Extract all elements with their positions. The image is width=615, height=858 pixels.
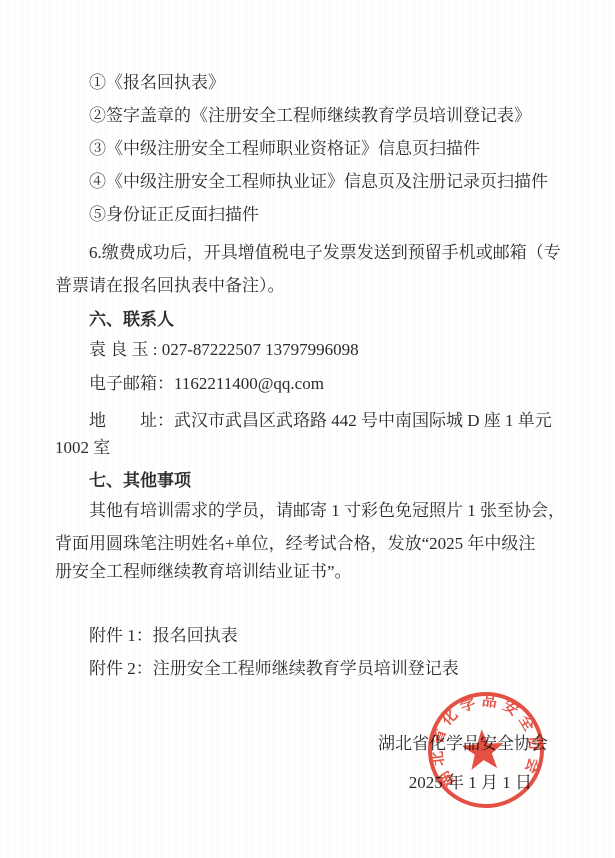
fee-note-line-2: 普票请在报名回执表中备注）。 <box>55 269 570 302</box>
contact-name-phone: 袁 良 玉 : 027-87222507 13797996098 <box>55 333 570 366</box>
attachment-ref-1: 附件 1：报名回执表 <box>55 619 570 652</box>
other-note-line-1: 其他有培训需求的学员，请邮寄 1 寸彩色免冠照片 1 张至协会， <box>55 494 570 527</box>
list-item-1: ①《报名回执表》 <box>55 66 570 99</box>
attachment-ref-2: 附件 2：注册安全工程师继续教育学员培训登记表 <box>55 652 570 685</box>
contact-address-line-1: 地 址：武汉市武昌区武珞路 442 号中南国际城 D 座 1 单元 <box>55 404 570 437</box>
contact-email: 电子邮箱：1162211400@qq.com <box>55 367 570 400</box>
list-item-2: ②签字盖章的《注册安全工程师继续教育学员培训登记表》 <box>55 99 570 132</box>
document-page: ①《报名回执表》 ②签字盖章的《注册安全工程师继续教育学员培训登记表》 ③《中级… <box>0 0 615 858</box>
seal-star-icon <box>461 728 505 771</box>
official-seal: 湖北省化学品安全协会 <box>420 684 552 816</box>
fee-note-line-1: 6.缴费成功后，开具增值税电子发票发送到预留手机或邮箱（专 <box>55 236 570 269</box>
list-item-5: ⑤身份证正反面扫描件 <box>55 198 570 231</box>
section-heading-other: 七、其他事项 <box>55 464 570 497</box>
list-item-3: ③《中级注册安全工程师职业资格证》信息页扫描件 <box>55 132 570 165</box>
section-heading-contacts: 六、联系人 <box>55 303 570 336</box>
list-item-4: ④《中级注册安全工程师执业证》信息页及注册记录页扫描件 <box>55 165 570 198</box>
